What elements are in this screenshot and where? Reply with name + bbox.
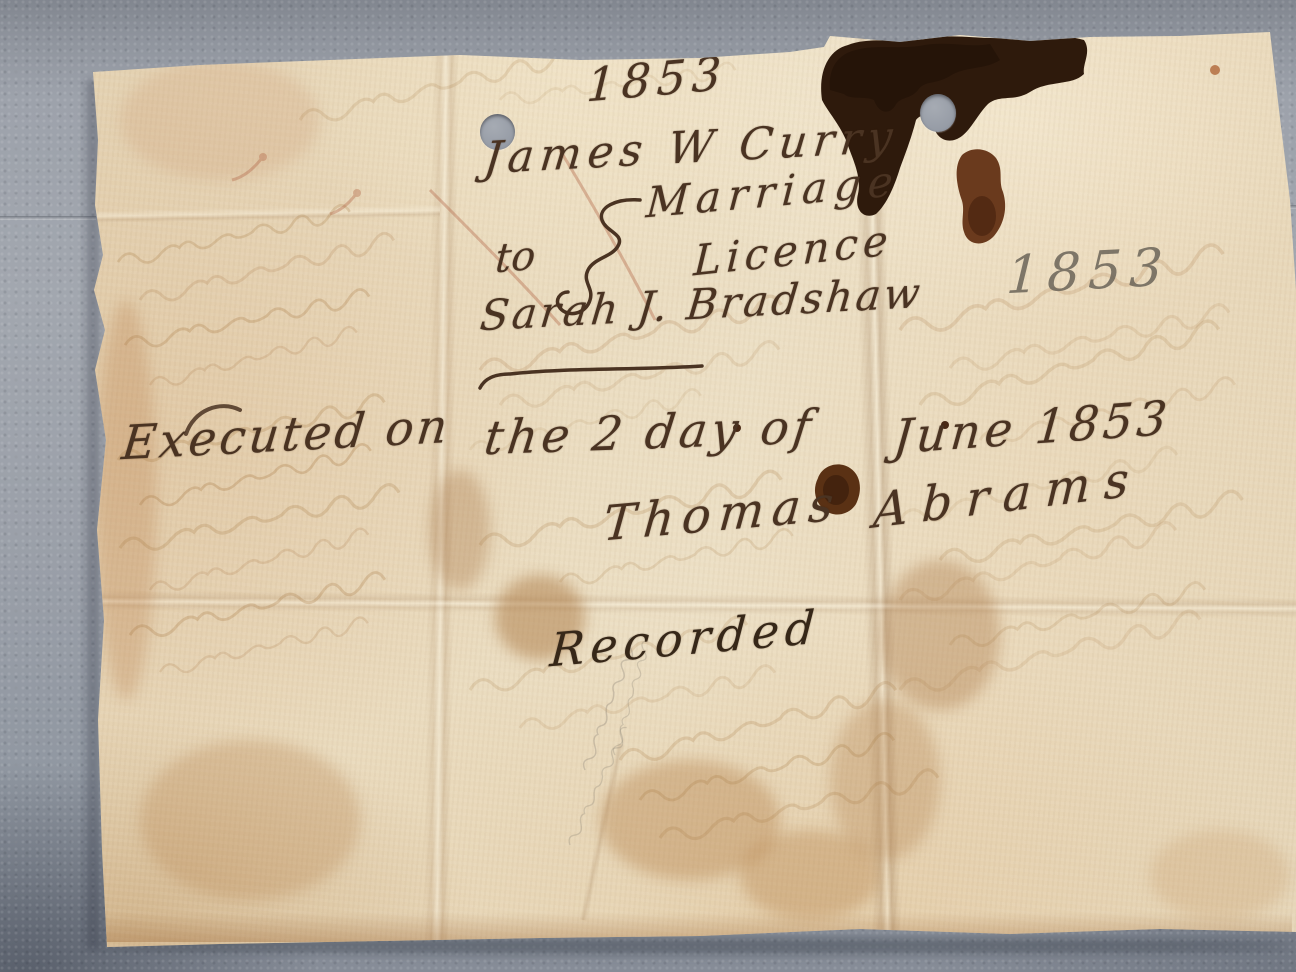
foxing-stain	[740, 830, 880, 920]
pencil-year-text: 1853	[1005, 237, 1172, 306]
foxing-stain	[1150, 830, 1290, 920]
rust-speck	[1210, 65, 1220, 75]
vertical-fold-left	[423, 48, 458, 943]
small-red-stain-core	[968, 196, 996, 236]
foxing-stain	[830, 700, 940, 860]
minor-crease-bottom	[579, 743, 624, 921]
bride-name-text: Sarah J. Bradshaw	[478, 268, 926, 341]
punch-hole-right	[920, 94, 956, 132]
to-label-text: to	[494, 233, 537, 283]
edge-toning	[96, 300, 156, 700]
minor-crease-left	[95, 205, 440, 223]
small-red-stain	[957, 149, 1006, 243]
fold-stain	[880, 560, 1000, 710]
underline-flourish	[480, 366, 702, 388]
document-paper: 1853 James W Curry Marriage to Licence S…	[0, 0, 1296, 972]
foxing-stain	[600, 760, 780, 880]
foxing-stain	[120, 60, 320, 180]
recorded-label-text: Recorded	[548, 599, 822, 677]
year-header-text: 1853	[585, 46, 728, 113]
large-ink-stain-core	[830, 44, 1000, 112]
day-of-text: the 2 day of	[481, 399, 818, 466]
executed-on-text: Executed on	[119, 399, 453, 472]
fold-stain	[430, 470, 490, 590]
marriage-license-photo: 1853 James W Curry Marriage to Licence S…	[0, 0, 1296, 972]
official-first-name-text: Thomas	[601, 475, 844, 552]
surface-seam-left	[0, 216, 96, 220]
foxing-stain	[140, 740, 360, 900]
